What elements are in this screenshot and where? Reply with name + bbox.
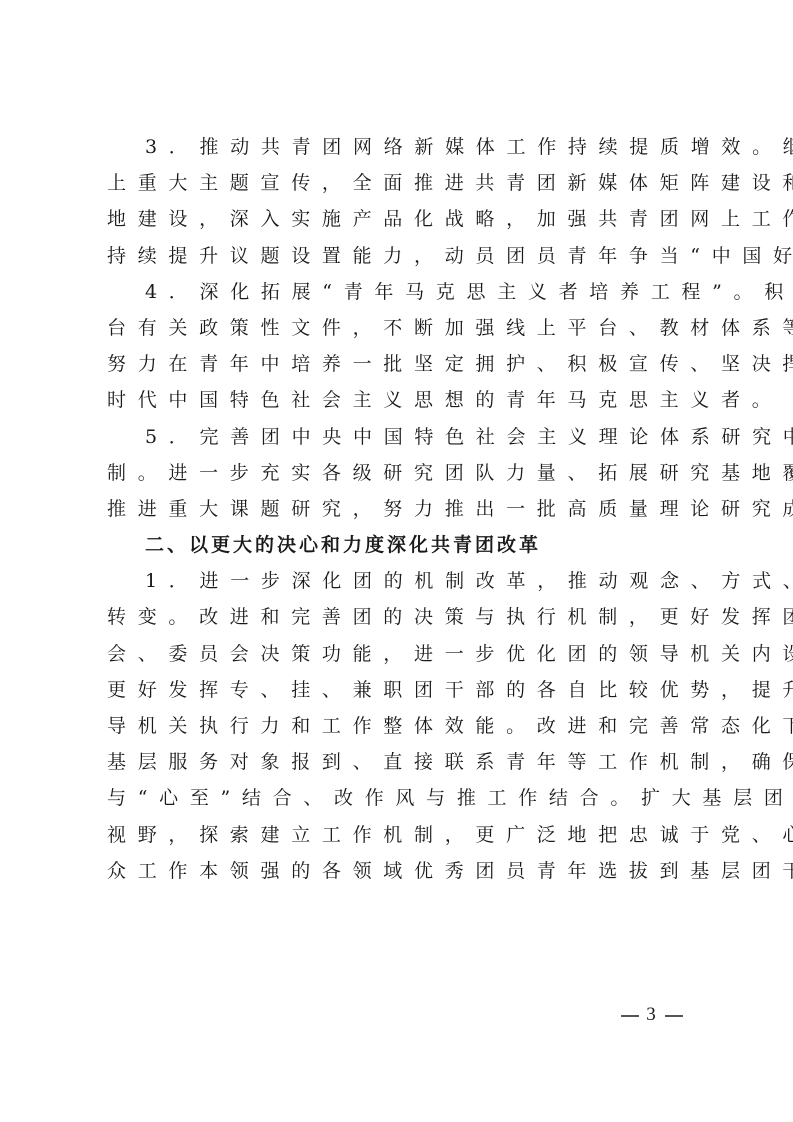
section-2-paragraph-1-line-2: 转变。改进和完善团的决策与执行机制，更好发挥团的代表大 xyxy=(107,599,693,635)
paragraph-3-line-3: 地建设，深入实施产品化战略，加强共青团网上工作力量建设， xyxy=(107,201,693,237)
paragraph-5-line-1: 5．完善团中央中国特色社会主义理论体系研究中心运行机 xyxy=(107,419,693,455)
dash-left xyxy=(621,1015,639,1017)
section-2-paragraph-1-line-3: 会、委员会决策功能，进一步优化团的领导机关内设部门功能， xyxy=(107,636,693,672)
section-2-paragraph-1-line-4: 更好发挥专、挂、兼职团干部的各自比较优势，提升团的各级领 xyxy=(107,672,693,708)
section-2-paragraph-1-line-8: 视野，探索建立工作机制，更广泛地把忠诚于党、心系青年、群 xyxy=(107,817,693,853)
section-2-paragraph-1-line-9: 众工作本领强的各领域优秀团员青年选拔到基层团干部岗位上。 xyxy=(107,853,693,889)
paragraph-4-line-2: 台有关政策性文件，不断加强线上平台、教材体系等基础建设， xyxy=(107,310,693,346)
page-number-value: 3 xyxy=(646,1004,658,1025)
section-2-paragraph-1-line-7: 与“心至”结合、改作风与推工作结合。扩大基层团干部选拔 xyxy=(107,780,693,816)
paragraph-4-line-1: 4．深化拓展“青年马克思主义者培养工程”。积极推动出 xyxy=(107,274,693,310)
paragraph-4-line-3: 努力在青年中培养一批坚定拥护、积极宣传、坚决捍卫习近平新 xyxy=(107,346,693,382)
section-2-paragraph-1-line-6: 基层服务对象报到、直接联系青年等工作机制，确保“身入” xyxy=(107,744,693,780)
paragraph-3-line-2: 上重大主题宣传，全面推进共青团新媒体矩阵建设和网络宣传阵 xyxy=(107,165,693,201)
paragraph-3-line-1: 3．推动共青团网络新媒体工作持续提质增效。继续做好网 xyxy=(107,129,693,165)
section-heading: 二、以更大的决心和力度深化共青团改革 xyxy=(107,527,693,563)
paragraph-5-line-3: 推进重大课题研究，努力推出一批高质量理论研究成果。 xyxy=(107,491,693,527)
paragraph-4-line-4: 时代中国特色社会主义思想的青年马克思主义者。 xyxy=(107,382,693,418)
section-2-paragraph-1-line-1: 1．进一步深化团的机制改革，推动观念、方式、作风持续 xyxy=(107,563,693,599)
section-2-paragraph-1-line-5: 导机关执行力和工作整体效能。改进和完善常态化下沉基层、向 xyxy=(107,708,693,744)
document-page: 3．推动共青团网络新媒体工作持续提质增效。继续做好网 上重大主题宣传，全面推进共… xyxy=(107,129,693,889)
paragraph-5-line-2: 制。进一步充实各级研究团队力量、拓展研究基地覆盖面，扎实 xyxy=(107,455,693,491)
paragraph-3-line-4: 持续提升议题设置能力，动员团员青年争当“中国好网民”。 xyxy=(107,238,693,274)
dash-right xyxy=(665,1015,683,1017)
page-number: 3 xyxy=(612,1004,692,1026)
